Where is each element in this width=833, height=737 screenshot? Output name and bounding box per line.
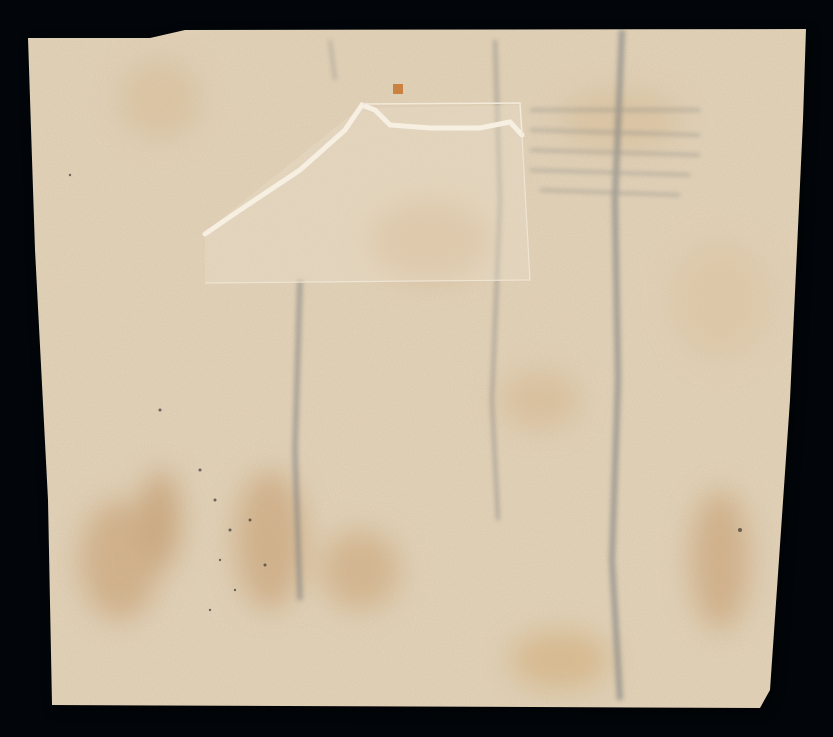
paper <box>0 0 833 737</box>
stamp-back-illustration <box>0 0 833 737</box>
stamp-photo: Reverse side of an imperforate postage s… <box>0 0 833 737</box>
rust-speck <box>393 84 403 94</box>
